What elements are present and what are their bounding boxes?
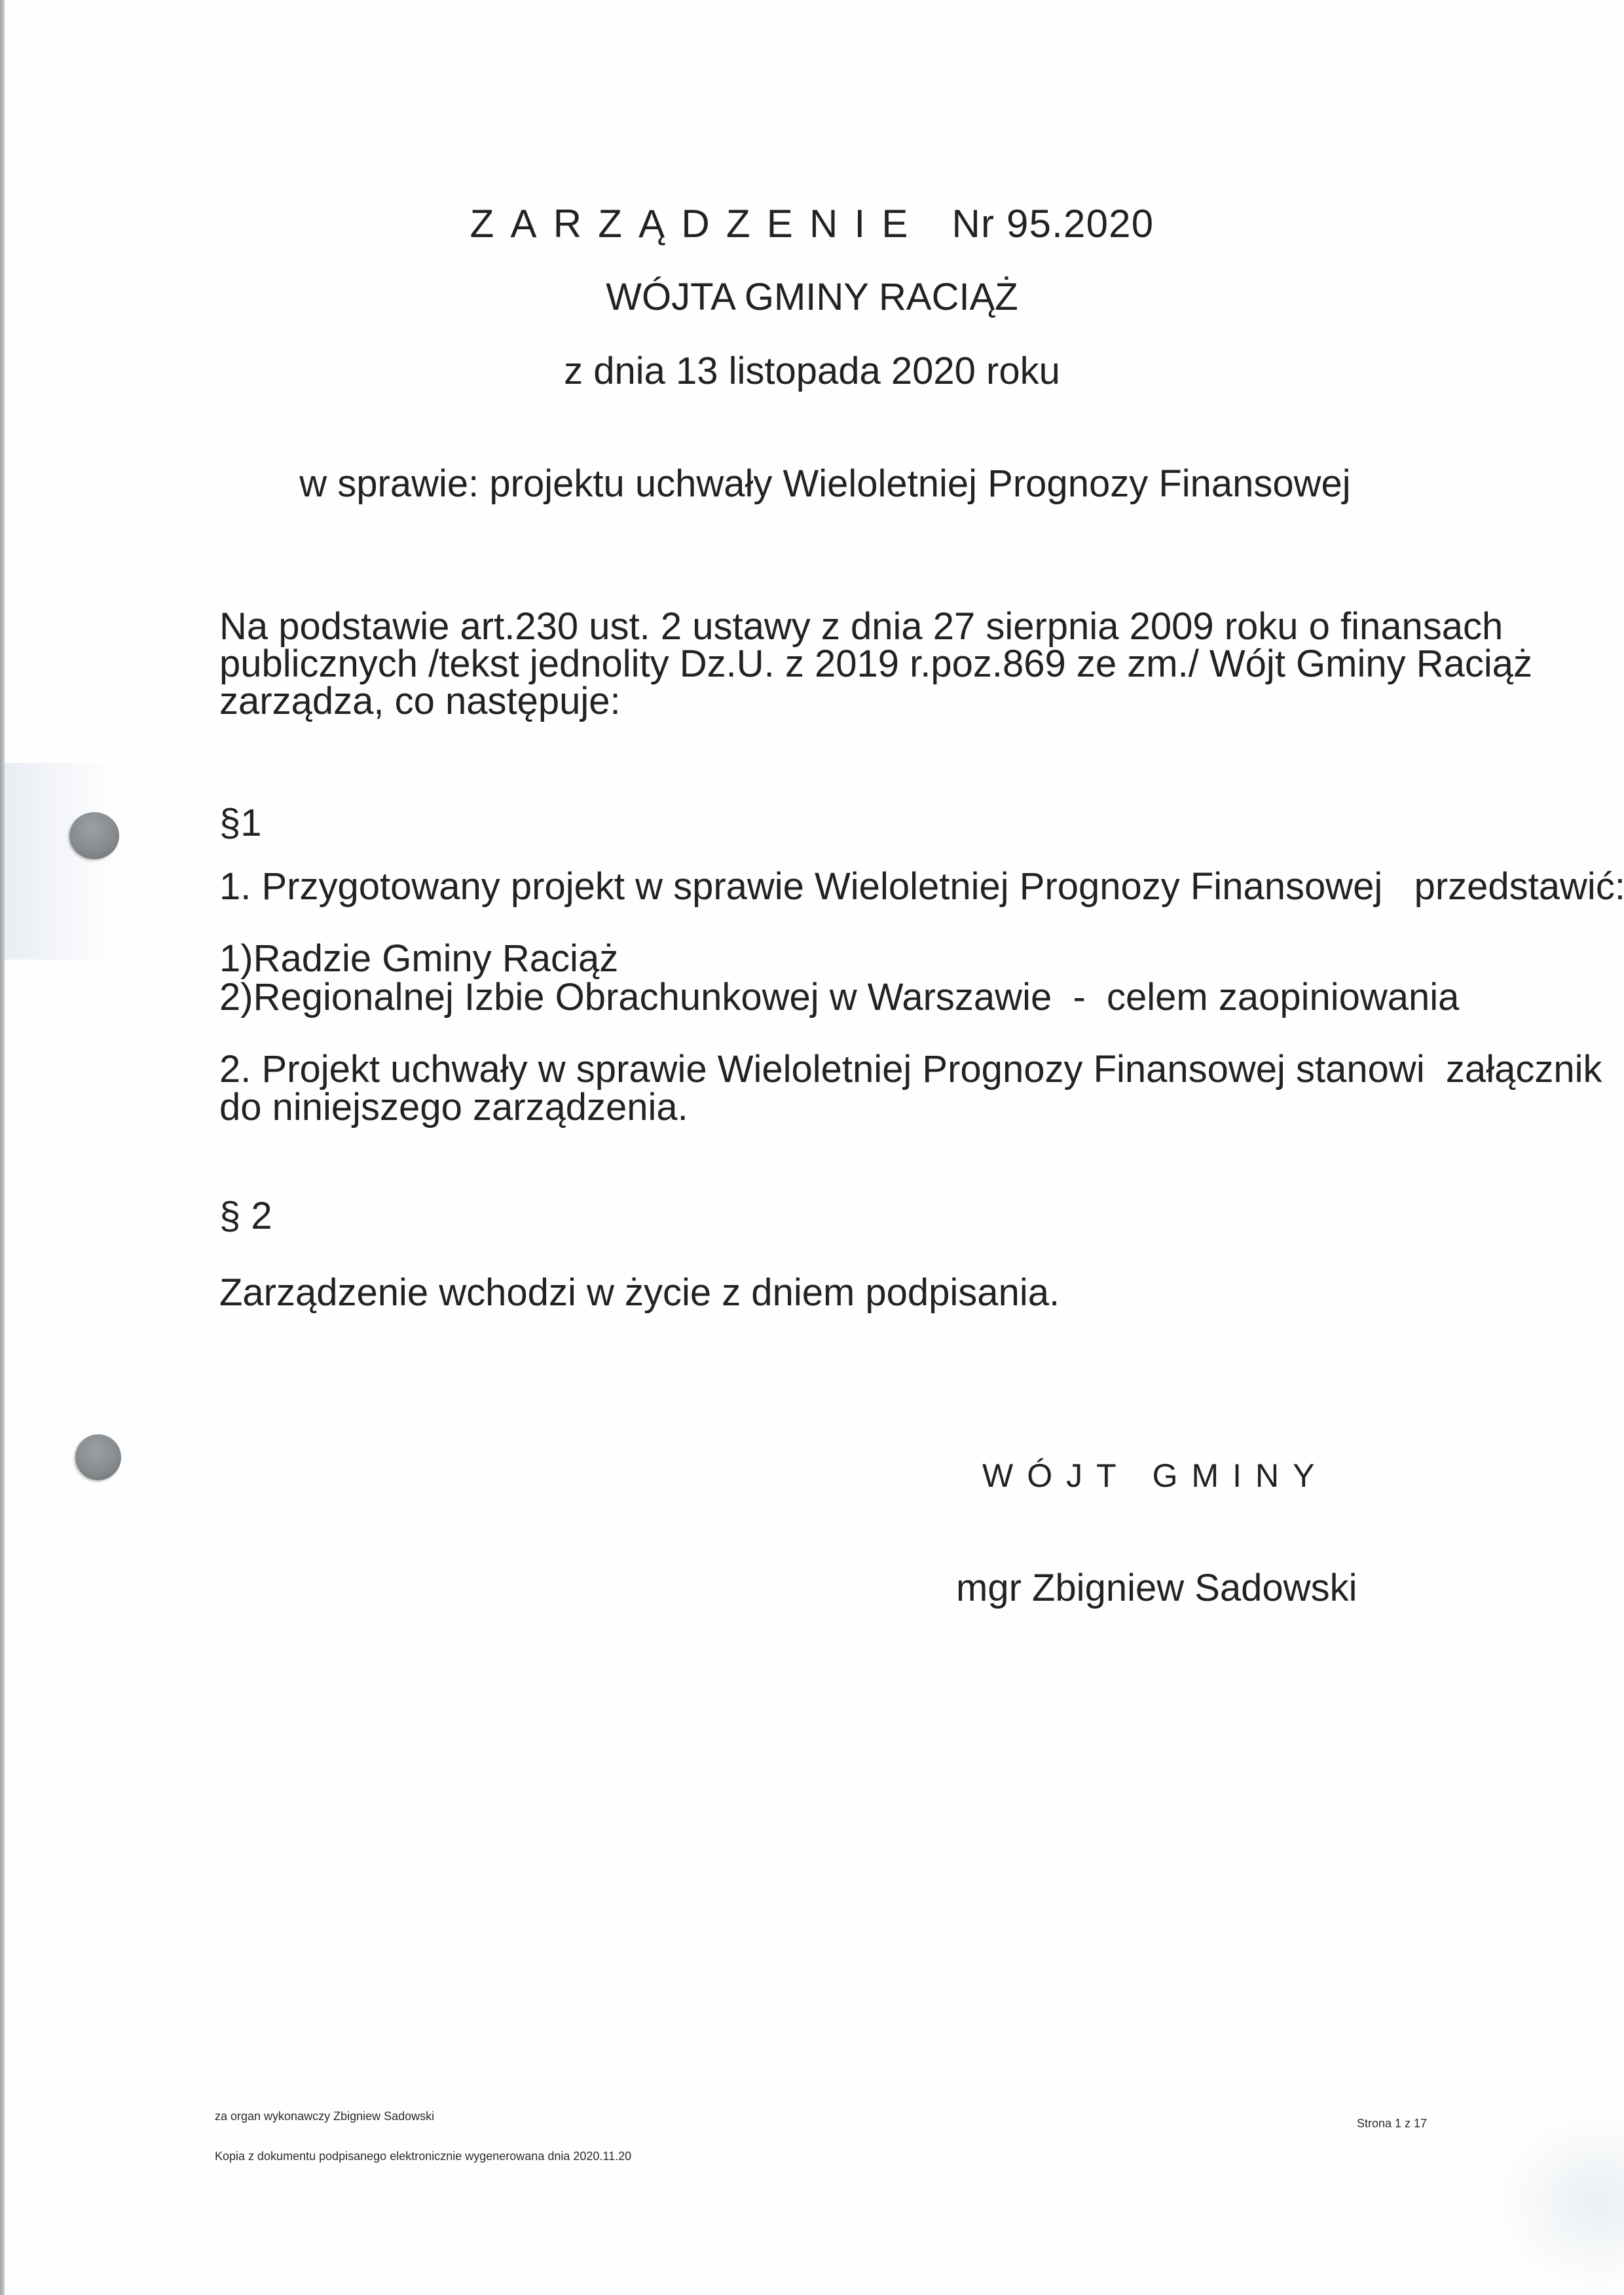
footer-signed-by: za organ wykonawczy Zbigniew Sadowski: [215, 2110, 434, 2122]
footer-copy-note: Kopia z dokumentu podpisanego elektronic…: [215, 2150, 631, 2162]
punch-hole-icon: [75, 1434, 121, 1480]
title-word: ZARZĄDZENIE: [470, 202, 952, 246]
page-number: Strona 1 z 17: [1357, 2118, 1427, 2129]
subject-line: w sprawie: projektu uchwały Wieloletniej…: [0, 465, 1624, 503]
document-page: ZARZĄDZENIE Nr 95.2020 WÓJTA GMINY RACIĄ…: [0, 0, 1624, 2295]
section-1-point-1: 1. Przygotowany projekt w sprawie Wielol…: [219, 868, 1624, 906]
preamble-line: zarządza, co następuje:: [219, 682, 621, 720]
section-1-point-2: do niniejszego zarządzenia.: [219, 1089, 688, 1127]
signature-title: WÓJT GMINY: [982, 1459, 1329, 1492]
section-2-text: Zarządzenie wchodzi w życie z dniem podp…: [219, 1274, 1060, 1312]
scan-edge: [0, 0, 5, 2295]
title-number: Nr 95.2020: [951, 202, 1154, 246]
issuer-line: WÓJTA GMINY RACIĄŻ: [0, 278, 1624, 316]
signature-name: mgr Zbigniew Sadowski: [956, 1569, 1357, 1607]
section-heading-2: § 2: [219, 1197, 272, 1235]
recipient-item: 1)Radzie Gminy Raciąż: [219, 940, 618, 978]
scan-shadow: [1493, 2109, 1624, 2295]
section-1-point-2: 2. Projekt uchwały w sprawie Wieloletnie…: [219, 1051, 1602, 1089]
section-heading-1: §1: [219, 804, 262, 842]
preamble-line: publicznych /tekst jednolity Dz.U. z 201…: [219, 645, 1532, 683]
recipient-item: 2)Regionalnej Izbie Obrachunkowej w Wars…: [219, 979, 1459, 1017]
preamble-line: Na podstawie art.230 ust. 2 ustawy z dni…: [219, 608, 1503, 646]
scan-shadow: [5, 763, 116, 960]
punch-hole-icon: [69, 812, 119, 859]
document-title: ZARZĄDZENIE Nr 95.2020: [0, 204, 1624, 244]
date-line: z dnia 13 listopada 2020 roku: [0, 352, 1624, 390]
